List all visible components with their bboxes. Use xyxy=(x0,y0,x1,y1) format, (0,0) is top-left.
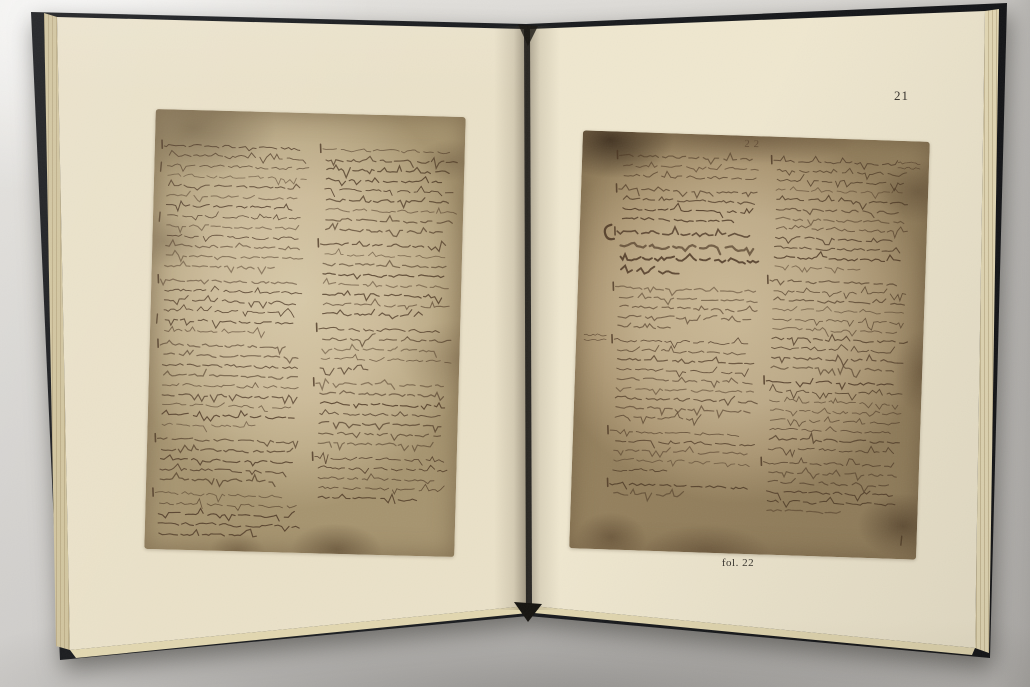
gutter-shadow xyxy=(494,26,560,610)
facsimile-plate-left xyxy=(144,109,465,557)
photo-backdrop: 22 21 fol. 22 xyxy=(0,0,1030,687)
printed-page-number: 21 xyxy=(894,88,909,104)
facsimile-plate-right: 22 xyxy=(569,130,930,559)
manuscript-script-left xyxy=(144,109,465,557)
manuscript-folio-number: 22 xyxy=(738,139,768,151)
plate-caption: fol. 22 xyxy=(712,557,764,569)
manuscript-script-right xyxy=(569,130,930,559)
